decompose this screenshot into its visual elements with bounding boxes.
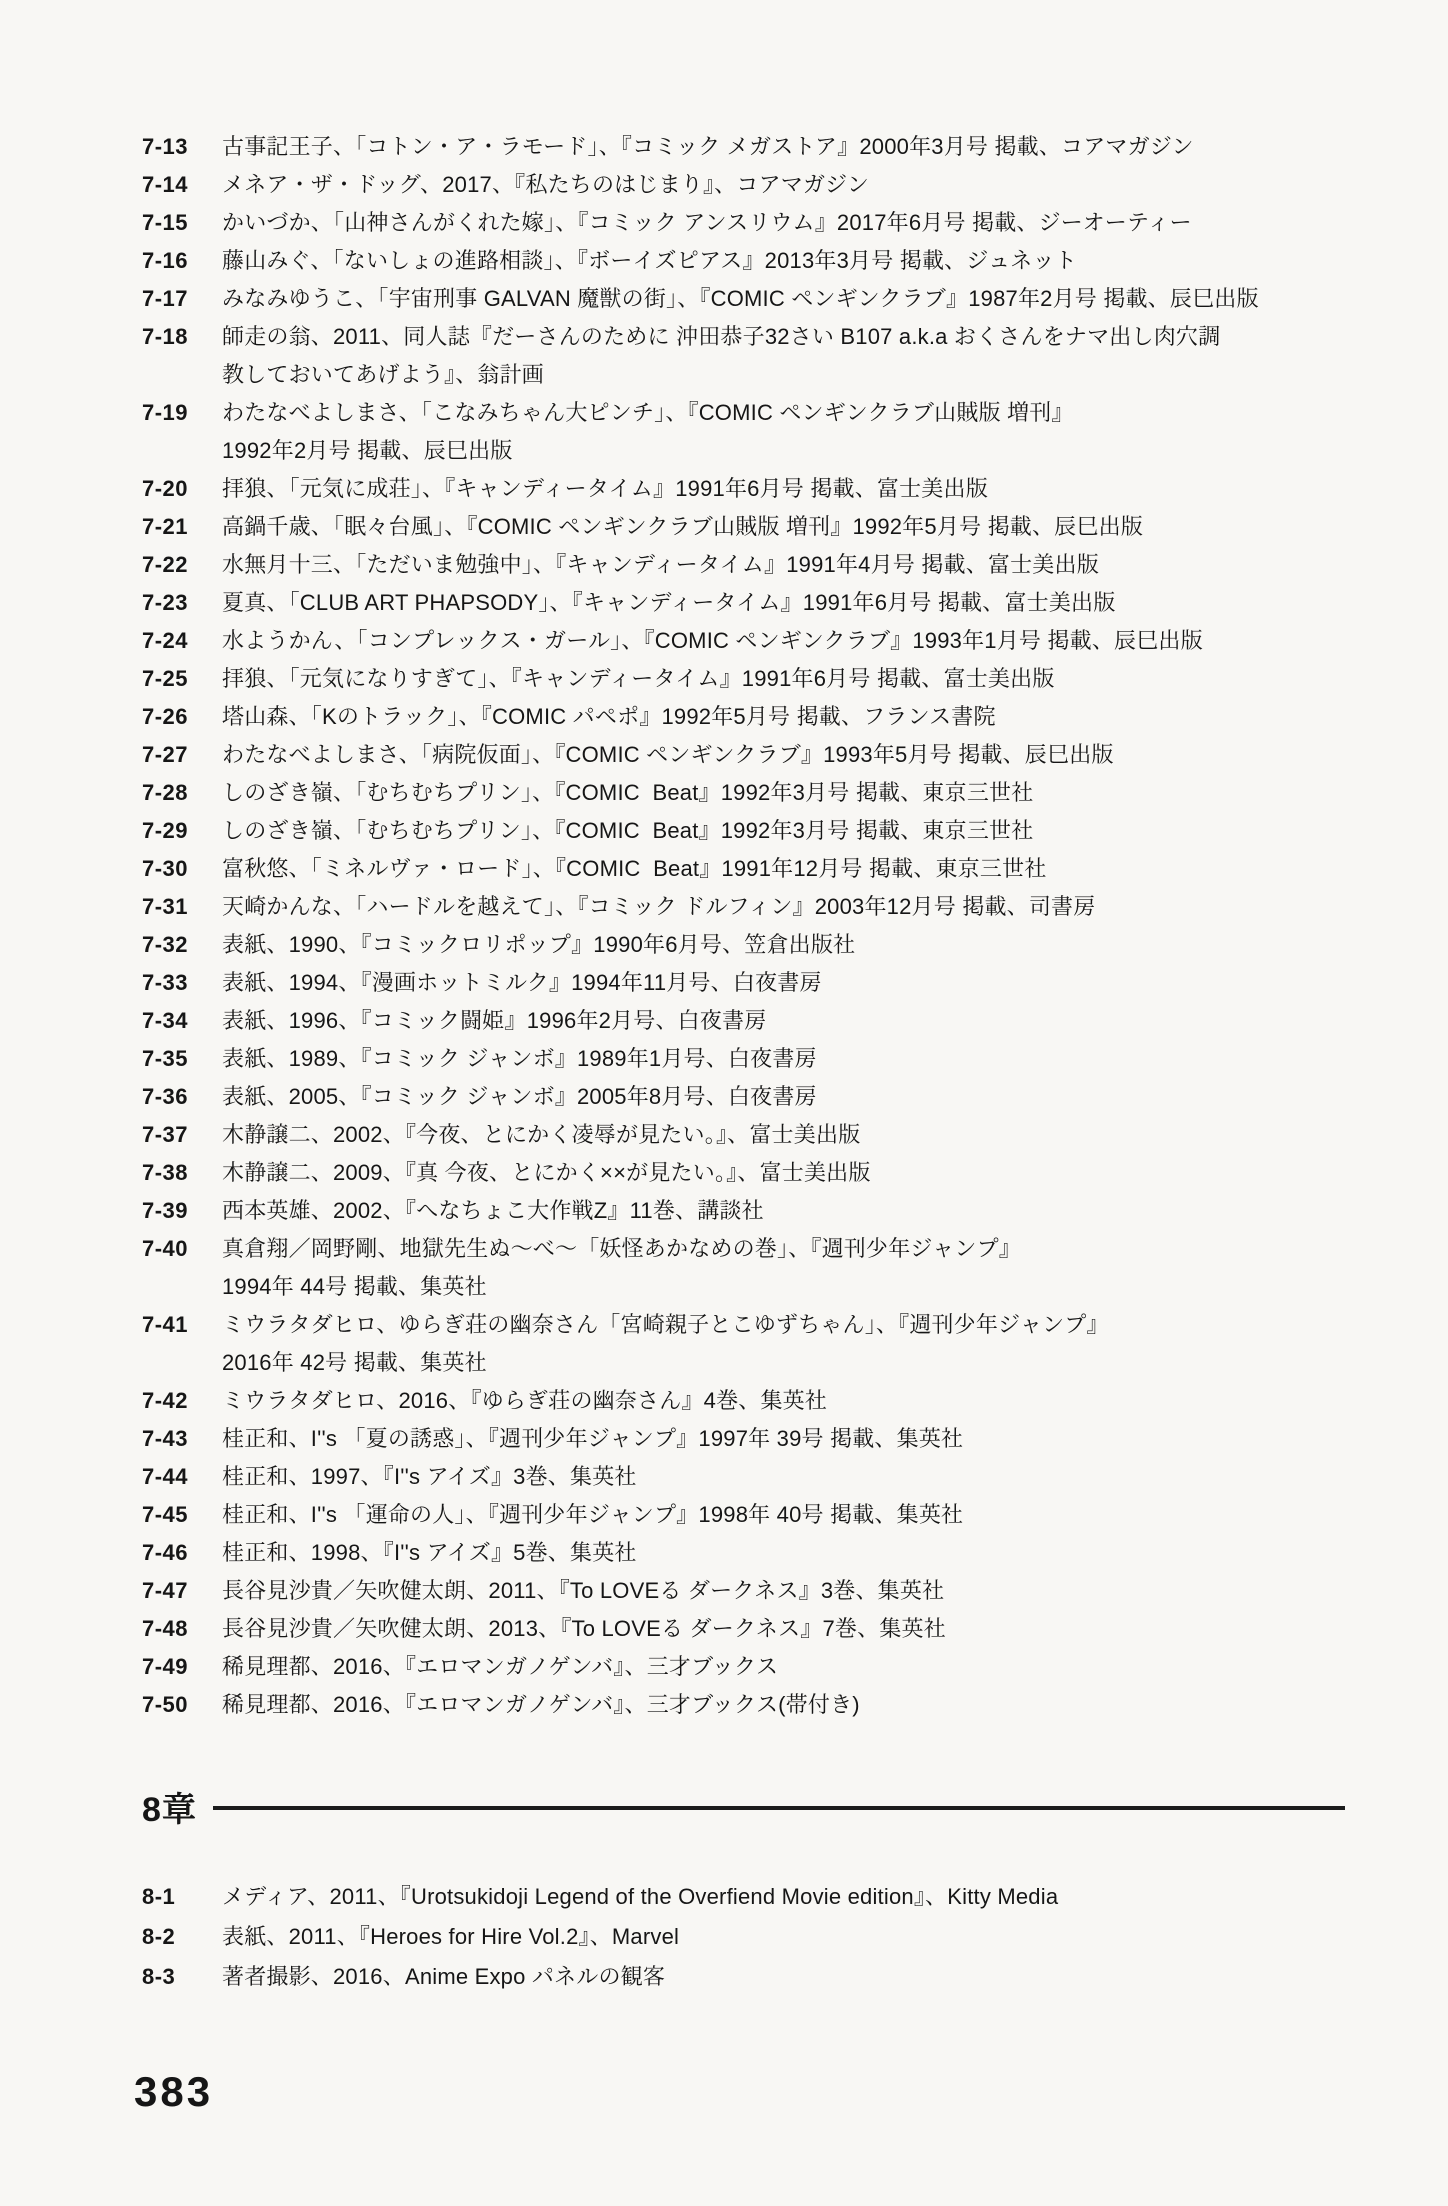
credit-entry: 7-40 真倉翔／岡野剛、地獄先生ぬ〜べ〜「妖怪あかなめの巻」、『週刊少年ジャン…	[142, 1230, 1412, 1306]
entry-text: 水無月十三、「ただいま勉強中」、『キャンディータイム』1991年4月号 掲載、富…	[222, 546, 1412, 584]
entry-number: 7-41	[142, 1306, 222, 1344]
entry-number: 7-50	[142, 1686, 222, 1724]
entry-number: 7-14	[142, 166, 222, 204]
page-number: 383	[134, 2068, 213, 2116]
credit-entry: 8-3 著者撮影、2016、Anime Expo パネルの観客	[142, 1957, 1412, 1997]
chapter-7-credits: 7-13 古事記王子、「コトン・ア・ラモード」、『コミック メガストア』2000…	[142, 128, 1412, 1724]
entry-text: 稀見理都、2016、『エロマンガノゲンバ』、三才ブックス	[222, 1648, 1412, 1686]
credit-entry: 7-41 ミウラタダヒロ、ゆらぎ荘の幽奈さん「宮崎親子とこゆずちゃん」、『週刊少…	[142, 1306, 1412, 1382]
entry-text: 塔山森、「Kのトラック」、『COMIC パペポ』1992年5月号 掲載、フランス…	[222, 698, 1412, 736]
entry-number: 7-47	[142, 1572, 222, 1610]
entry-number: 7-36	[142, 1078, 222, 1116]
chapter-8-section: 8章 8-1 メディア、2011、『Urotsukidoji Legend of…	[142, 1782, 1412, 1997]
book-page: 7-13 古事記王子、「コトン・ア・ラモード」、『コミック メガストア』2000…	[0, 0, 1448, 2206]
entry-number: 7-44	[142, 1458, 222, 1496]
entry-text: 真倉翔／岡野剛、地獄先生ぬ〜べ〜「妖怪あかなめの巻」、『週刊少年ジャンプ』 19…	[222, 1230, 1412, 1306]
entry-number: 7-20	[142, 470, 222, 508]
entry-text: メディア、2011、『Urotsukidoji Legend of the Ov…	[222, 1877, 1412, 1917]
entry-text: 著者撮影、2016、Anime Expo パネルの観客	[222, 1957, 1412, 1997]
credit-entry: 7-26 塔山森、「Kのトラック」、『COMIC パペポ』1992年5月号 掲載…	[142, 698, 1412, 736]
entry-number: 7-26	[142, 698, 222, 736]
entry-text: 表紙、1996、『コミック闘姫』1996年2月号、白夜書房	[222, 1002, 1412, 1040]
entry-number: 7-43	[142, 1420, 222, 1458]
entry-number: 7-17	[142, 280, 222, 318]
credit-entry: 8-2 表紙、2011、『Heroes for Hire Vol.2』、Marv…	[142, 1917, 1412, 1957]
entry-text: 表紙、1989、『コミック ジャンボ』1989年1月号、白夜書房	[222, 1040, 1412, 1078]
entry-number: 7-23	[142, 584, 222, 622]
entry-text: 夏真、「CLUB ART PHAPSODY」、『キャンディータイム』1991年6…	[222, 584, 1412, 622]
credit-entry: 7-39 西本英雄、2002、『へなちょこ大作戦Z』11巻、講談社	[142, 1192, 1412, 1230]
entry-number: 7-25	[142, 660, 222, 698]
credit-entry: 7-23 夏真、「CLUB ART PHAPSODY」、『キャンディータイム』1…	[142, 584, 1412, 622]
entry-text: 稀見理都、2016、『エロマンガノゲンバ』、三才ブックス(帯付き)	[222, 1686, 1412, 1724]
credit-entry: 7-36 表紙、2005、『コミック ジャンボ』2005年8月号、白夜書房	[142, 1078, 1412, 1116]
credit-entry: 7-32 表紙、1990、『コミックロリポップ』1990年6月号、笠倉出版社	[142, 926, 1412, 964]
entry-text: 長谷見沙貴／矢吹健太朗、2013、『To LOVEる ダークネス』7巻、集英社	[222, 1610, 1412, 1648]
entry-text: 表紙、1990、『コミックロリポップ』1990年6月号、笠倉出版社	[222, 926, 1412, 964]
chapter-8-credits: 8-1 メディア、2011、『Urotsukidoji Legend of th…	[142, 1877, 1412, 1997]
credit-entry: 7-21 高鍋千歳、「眠々台風」、『COMIC ペンギンクラブ山賊版 増刊』19…	[142, 508, 1412, 546]
entry-text: 富秋悠、「ミネルヴァ・ロード」、『COMIC Beat』1991年12月号 掲載…	[222, 850, 1412, 888]
entry-text: ミウラタダヒロ、2016、『ゆらぎ荘の幽奈さん』4巻、集英社	[222, 1382, 1412, 1420]
credit-entry: 7-47 長谷見沙貴／矢吹健太朗、2011、『To LOVEる ダークネス』3巻…	[142, 1572, 1412, 1610]
entry-number: 7-19	[142, 394, 222, 432]
credit-entry: 7-46 桂正和、1998、『I''s アイズ』5巻、集英社	[142, 1534, 1412, 1572]
credit-entry: 7-16 藤山みぐ、「ないしょの進路相談」、『ボーイズピアス』2013年3月号 …	[142, 242, 1412, 280]
credit-entry: 7-34 表紙、1996、『コミック闘姫』1996年2月号、白夜書房	[142, 1002, 1412, 1040]
credit-entry: 8-1 メディア、2011、『Urotsukidoji Legend of th…	[142, 1877, 1412, 1917]
chapter-heading-label: 8章	[142, 1782, 197, 1831]
entry-text: 表紙、2011、『Heroes for Hire Vol.2』、Marvel	[222, 1917, 1412, 1957]
entry-text: 天崎かんな、「ハードルを越えて」、『コミック ドルフィン』2003年12月号 掲…	[222, 888, 1412, 926]
entry-number: 7-32	[142, 926, 222, 964]
credit-entry: 7-44 桂正和、1997、『I''s アイズ』3巻、集英社	[142, 1458, 1412, 1496]
entry-number: 7-13	[142, 128, 222, 166]
entry-number: 7-48	[142, 1610, 222, 1648]
entry-number: 7-31	[142, 888, 222, 926]
entry-number: 8-2	[142, 1917, 222, 1957]
entry-text: 水ようかん、「コンプレックス・ガール」、『COMIC ペンギンクラブ』1993年…	[222, 622, 1412, 660]
entry-text: 桂正和、I''s 「運命の人」、『週刊少年ジャンプ』1998年 40号 掲載、集…	[222, 1496, 1412, 1534]
entry-text: 高鍋千歳、「眠々台風」、『COMIC ペンギンクラブ山賊版 増刊』1992年5月…	[222, 508, 1412, 546]
credit-entry: 7-29 しのざき嶺、「むちむちプリン」、『COMIC Beat』1992年3月…	[142, 812, 1412, 850]
entry-text: 木静譲二、2009、『真 今夜、とにかく××が見たい。』、富士美出版	[222, 1154, 1412, 1192]
entry-text: みなみゆうこ、「宇宙刑事 GALVAN 魔獣の街」、『COMIC ペンギンクラブ…	[222, 280, 1412, 318]
credit-entry: 7-15 かいづか、「山神さんがくれた嫁」、『コミック アンスリウム』2017年…	[142, 204, 1412, 242]
entry-text: 西本英雄、2002、『へなちょこ大作戦Z』11巻、講談社	[222, 1192, 1412, 1230]
entry-number: 7-15	[142, 204, 222, 242]
entry-number: 8-3	[142, 1957, 222, 1997]
entry-number: 7-18	[142, 318, 222, 356]
credit-entry: 7-25 拝狼、「元気になりすぎて」、『キャンディータイム』1991年6月号 掲…	[142, 660, 1412, 698]
credit-entry: 7-48 長谷見沙貴／矢吹健太朗、2013、『To LOVEる ダークネス』7巻…	[142, 1610, 1412, 1648]
entry-text: しのざき嶺、「むちむちプリン」、『COMIC Beat』1992年3月号 掲載、…	[222, 774, 1412, 812]
entry-text: 桂正和、I''s 「夏の誘惑」、『週刊少年ジャンプ』1997年 39号 掲載、集…	[222, 1420, 1412, 1458]
credit-entry: 7-19 わたなべよしまさ、「こなみちゃん大ピンチ」、『COMIC ペンギンクラ…	[142, 394, 1412, 470]
credit-entry: 7-31 天崎かんな、「ハードルを越えて」、『コミック ドルフィン』2003年1…	[142, 888, 1412, 926]
credit-entry: 7-35 表紙、1989、『コミック ジャンボ』1989年1月号、白夜書房	[142, 1040, 1412, 1078]
entry-number: 7-16	[142, 242, 222, 280]
credit-entry: 7-14 メネア・ザ・ドッグ、2017、『私たちのはじまり』、コアマガジン	[142, 166, 1412, 204]
entry-number: 7-39	[142, 1192, 222, 1230]
credit-entry: 7-17 みなみゆうこ、「宇宙刑事 GALVAN 魔獣の街」、『COMIC ペン…	[142, 280, 1412, 318]
entry-number: 7-42	[142, 1382, 222, 1420]
entry-number: 7-29	[142, 812, 222, 850]
entry-text: 古事記王子、「コトン・ア・ラモード」、『コミック メガストア』2000年3月号 …	[222, 128, 1412, 166]
entry-text: メネア・ザ・ドッグ、2017、『私たちのはじまり』、コアマガジン	[222, 166, 1412, 204]
entry-text: 拝狼、「元気に成荘」、『キャンディータイム』1991年6月号 掲載、富士美出版	[222, 470, 1412, 508]
entry-text: 桂正和、1997、『I''s アイズ』3巻、集英社	[222, 1458, 1412, 1496]
entry-text: かいづか、「山神さんがくれた嫁」、『コミック アンスリウム』2017年6月号 掲…	[222, 204, 1412, 242]
credit-entry: 7-27 わたなべよしまさ、「病院仮面」、『COMIC ペンギンクラブ』1993…	[142, 736, 1412, 774]
credit-entry: 7-13 古事記王子、「コトン・ア・ラモード」、『コミック メガストア』2000…	[142, 128, 1412, 166]
credit-entry: 7-42 ミウラタダヒロ、2016、『ゆらぎ荘の幽奈さん』4巻、集英社	[142, 1382, 1412, 1420]
credit-entry: 7-30 富秋悠、「ミネルヴァ・ロード」、『COMIC Beat』1991年12…	[142, 850, 1412, 888]
section-rule	[213, 1806, 1345, 1810]
credit-entry: 7-38 木静譲二、2009、『真 今夜、とにかく××が見たい。』、富士美出版	[142, 1154, 1412, 1192]
entry-number: 7-27	[142, 736, 222, 774]
credit-entry: 7-49 稀見理都、2016、『エロマンガノゲンバ』、三才ブックス	[142, 1648, 1412, 1686]
entry-number: 7-28	[142, 774, 222, 812]
entry-text: わたなべよしまさ、「こなみちゃん大ピンチ」、『COMIC ペンギンクラブ山賊版 …	[222, 394, 1412, 470]
entry-number: 7-37	[142, 1116, 222, 1154]
entry-text: わたなべよしまさ、「病院仮面」、『COMIC ペンギンクラブ』1993年5月号 …	[222, 736, 1412, 774]
credit-entry: 7-33 表紙、1994、『漫画ホットミルク』1994年11月号、白夜書房	[142, 964, 1412, 1002]
entry-number: 7-21	[142, 508, 222, 546]
credit-entry: 7-37 木静譲二、2002、『今夜、とにかく凌辱が見たい。』、富士美出版	[142, 1116, 1412, 1154]
entry-text: 表紙、2005、『コミック ジャンボ』2005年8月号、白夜書房	[222, 1078, 1412, 1116]
entry-text: 藤山みぐ、「ないしょの進路相談」、『ボーイズピアス』2013年3月号 掲載、ジュ…	[222, 242, 1412, 280]
entry-number: 7-40	[142, 1230, 222, 1268]
entry-text: 木静譲二、2002、『今夜、とにかく凌辱が見たい。』、富士美出版	[222, 1116, 1412, 1154]
entry-number: 7-22	[142, 546, 222, 584]
credit-entry: 7-45 桂正和、I''s 「運命の人」、『週刊少年ジャンプ』1998年 40号…	[142, 1496, 1412, 1534]
entry-number: 7-35	[142, 1040, 222, 1078]
entry-number: 7-45	[142, 1496, 222, 1534]
entry-number: 7-49	[142, 1648, 222, 1686]
credit-entry: 7-20 拝狼、「元気に成荘」、『キャンディータイム』1991年6月号 掲載、富…	[142, 470, 1412, 508]
entry-number: 8-1	[142, 1877, 222, 1917]
credit-entry: 7-22 水無月十三、「ただいま勉強中」、『キャンディータイム』1991年4月号…	[142, 546, 1412, 584]
entry-number: 7-34	[142, 1002, 222, 1040]
entry-text: 拝狼、「元気になりすぎて」、『キャンディータイム』1991年6月号 掲載、富士美…	[222, 660, 1412, 698]
entry-text: 表紙、1994、『漫画ホットミルク』1994年11月号、白夜書房	[222, 964, 1412, 1002]
entry-number: 7-30	[142, 850, 222, 888]
credit-entry: 7-43 桂正和、I''s 「夏の誘惑」、『週刊少年ジャンプ』1997年 39号…	[142, 1420, 1412, 1458]
entry-number: 7-33	[142, 964, 222, 1002]
entry-text: 師走の翁、2011、同人誌『だーさんのために 沖田恭子32さい B107 a.k…	[222, 318, 1412, 394]
credit-entry: 7-50 稀見理都、2016、『エロマンガノゲンバ』、三才ブックス(帯付き)	[142, 1686, 1412, 1724]
credit-entry: 7-28 しのざき嶺、「むちむちプリン」、『COMIC Beat』1992年3月…	[142, 774, 1412, 812]
credit-entry: 7-24 水ようかん、「コンプレックス・ガール」、『COMIC ペンギンクラブ』…	[142, 622, 1412, 660]
entry-text: 長谷見沙貴／矢吹健太朗、2011、『To LOVEる ダークネス』3巻、集英社	[222, 1572, 1412, 1610]
entry-number: 7-46	[142, 1534, 222, 1572]
entry-number: 7-24	[142, 622, 222, 660]
entry-text: 桂正和、1998、『I''s アイズ』5巻、集英社	[222, 1534, 1412, 1572]
entry-number: 7-38	[142, 1154, 222, 1192]
chapter-8-heading: 8章	[142, 1782, 1345, 1831]
entry-text: しのざき嶺、「むちむちプリン」、『COMIC Beat』1992年3月号 掲載、…	[222, 812, 1412, 850]
credit-entry: 7-18 師走の翁、2011、同人誌『だーさんのために 沖田恭子32さい B10…	[142, 318, 1412, 394]
entry-text: ミウラタダヒロ、ゆらぎ荘の幽奈さん「宮崎親子とこゆずちゃん」、『週刊少年ジャンプ…	[222, 1306, 1412, 1382]
figure-credits-list: 7-13 古事記王子、「コトン・ア・ラモード」、『コミック メガストア』2000…	[142, 128, 1412, 1997]
